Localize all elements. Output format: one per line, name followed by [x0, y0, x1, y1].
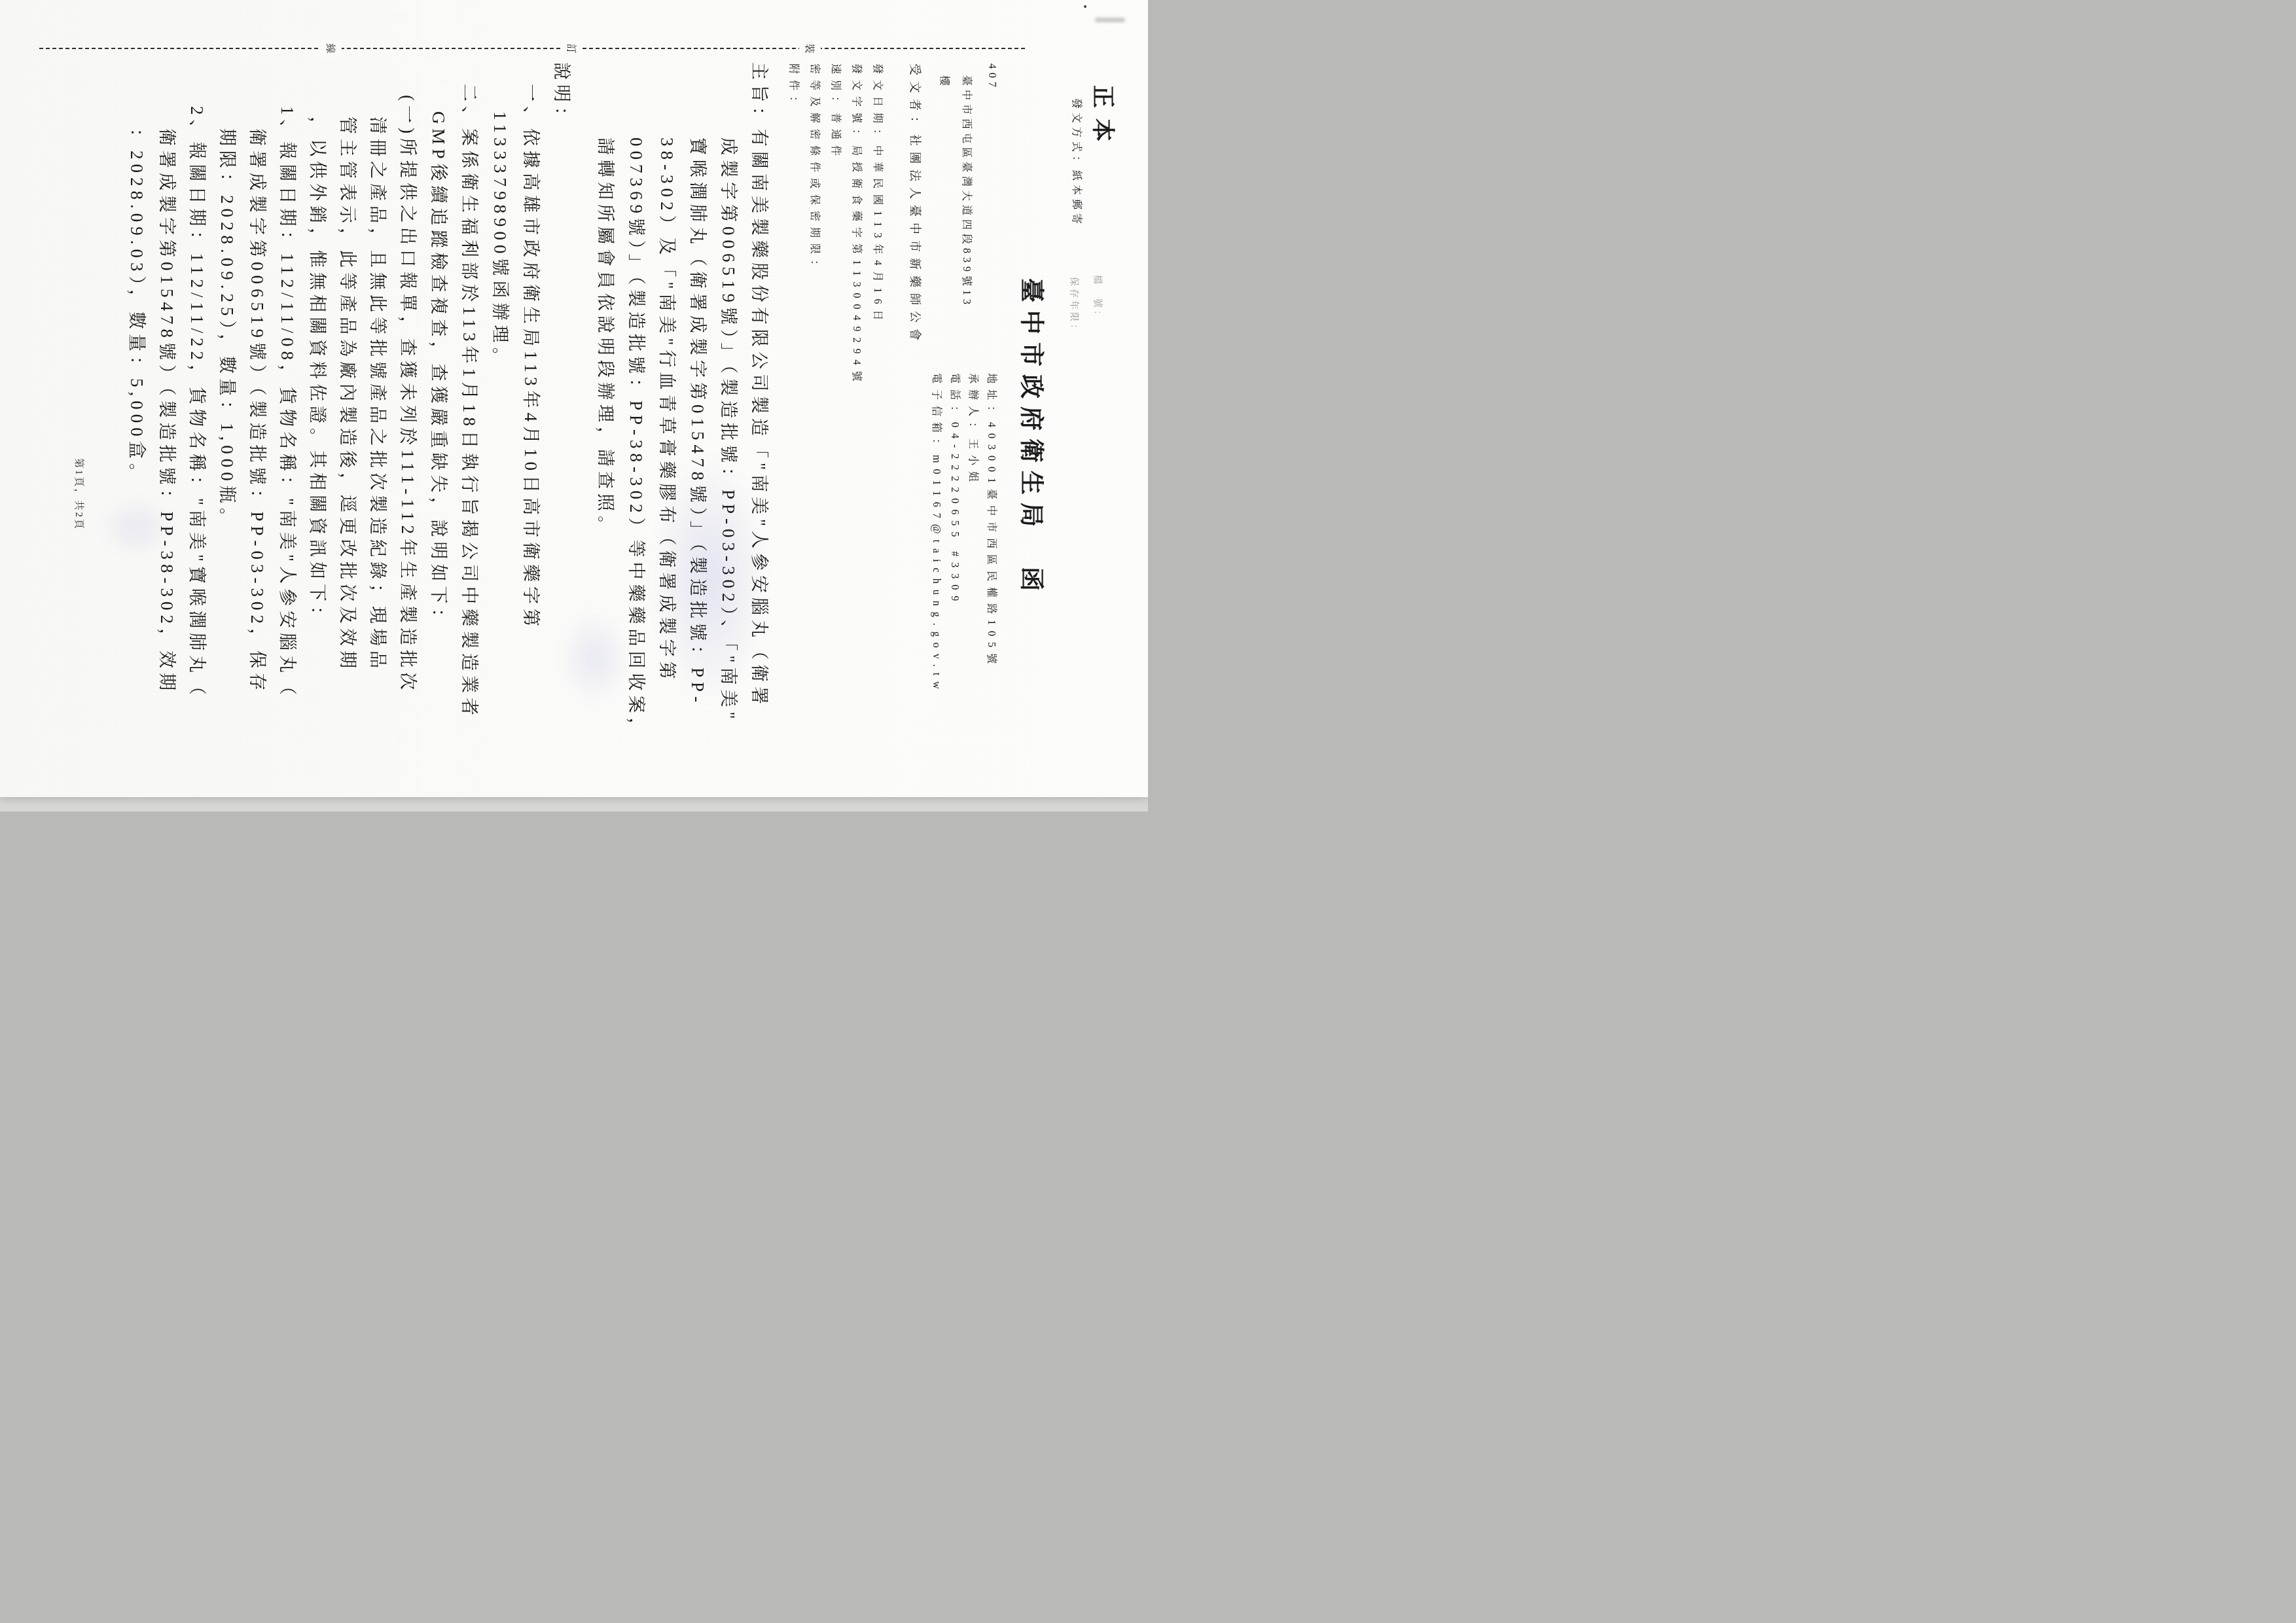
detail-item: 1、報關日期：112/11/08，貨物名稱："南美"人參安腦丸（ — [276, 106, 302, 700]
explanation-item: 一、依據高雄市政府衛生局113年4月10日高市衛藥字第 — [520, 84, 545, 631]
explanation-label: 說明： — [550, 62, 576, 129]
paper-smudge — [1095, 18, 1125, 22]
sub-item: ，以供外銷，惟無相關資料佐證。其相關資訊如下： — [306, 116, 332, 628]
recipient-address: 臺中市西屯區臺灣大道四段839號13 — [960, 75, 975, 308]
subject-line: 寶喉潤肺丸（衛署成製字第015478號）」（製造批號：PP- — [687, 137, 712, 707]
contact-email: 電子信箱：m01167@taichung.gov.tw — [930, 373, 945, 695]
explanation-item: 11333798900號函辦理。 — [489, 111, 514, 370]
copy-type-label: 正本 — [1088, 85, 1121, 152]
subject-line: 請轉知所屬會員依說明段辦理，請查照。 — [594, 137, 620, 538]
file-number-label: 檔 號： — [1092, 275, 1105, 322]
binding-mark-xian: 線 — [320, 39, 342, 58]
contact-person: 承辦人：王小姐 — [967, 373, 982, 488]
binding-mark-ding: 訂 — [561, 39, 583, 58]
issue-number: 發文字號：局授衛食藥字第1130049294號 — [850, 63, 865, 387]
contact-phone: 電話：04-22220655 #3309 — [948, 373, 963, 607]
subject-line: 成製字第006519號）」（製造批號：PP-03-302）、「"南美" — [717, 137, 743, 724]
detail-item: 2、報關日期：112/11/22，貨物名稱："南美"寶喉潤肺丸（ — [186, 106, 211, 700]
explanation-item: 二、案係衛生福利部於113年1月18日執行旨揭公司中藥製造業者 — [458, 84, 484, 720]
subject-line: 38-302）及「"南美"行血青草膏藥膠布（衛署成製字第 — [656, 137, 681, 684]
agency-address: 地址：403001臺中市西區民權路105號 — [985, 373, 1000, 669]
speed-level: 速別：普通件 — [829, 63, 844, 162]
postal-code: 407 — [986, 63, 997, 91]
detail-item: 衛署成製字第015478號）（製造批號：PP-38-302，效期 — [156, 128, 181, 695]
attachment-label: 附件： — [787, 63, 802, 113]
detail-item: 衛署成製字第006519號）（製造批號：PP-03-302，保存 — [246, 128, 272, 695]
delivery-method: 發文方式：紙本郵寄 — [1070, 98, 1085, 228]
binding-mark-zhuang: 裝 — [799, 39, 821, 58]
letter-title: 臺中市政府衛生局 函 — [1016, 278, 1051, 599]
scanned-document-page: 裝 訂 線 正本 檔 號： 保存年限： 發文方式：紙本郵寄 臺中市政府衛生局 函… — [0, 0, 1148, 811]
detail-item: ：2028.09.03），數量：5,000盒。 — [126, 128, 151, 486]
retention-label: 保存年限： — [1068, 277, 1081, 336]
subject-line: 007369號）」（製造批號：PP-38-302）等中藥藥品回收案， — [625, 137, 651, 740]
detail-item: 期限：2028.09.25），數量：1,000瓶。 — [216, 128, 242, 530]
ink-bleed — [559, 609, 631, 707]
recipient-line: 受文者：社團法人臺中市新藥師公會 — [907, 63, 924, 346]
secrecy-level: 密等及解密條件或保密期限： — [808, 63, 823, 276]
page-footer: 第1頁，共2頁 — [73, 458, 86, 531]
sub-item: 清冊之產品，且無此等批號產品之批次製造紀錄；現場品 — [367, 116, 392, 673]
subject-line: 主旨：有關南美製藥股份有限公司製造「"南美"人參安腦丸（衛署 — [748, 62, 774, 709]
letter-sheet: 裝 訂 線 正本 檔 號： 保存年限： 發文方式：紙本郵寄 臺中市政府衛生局 函… — [0, 0, 1148, 797]
paper-speck — [1084, 5, 1086, 8]
sub-item: (一)所提供之出口報單，查獲未列於111-112年生產製造批次 — [397, 95, 422, 694]
issue-date: 發文日期：中華民國113年4月16日 — [871, 63, 886, 326]
explanation-item: GMP後續追蹤檢查複查，查獲嚴重缺失，說明如下： — [427, 111, 453, 631]
sub-item: 管主管表示，此等產品為廠內製造後，逕更改批次及效期 — [336, 116, 362, 673]
binding-dashed-line — [39, 48, 1025, 49]
recipient-address-wrap: 樓 — [938, 75, 953, 90]
